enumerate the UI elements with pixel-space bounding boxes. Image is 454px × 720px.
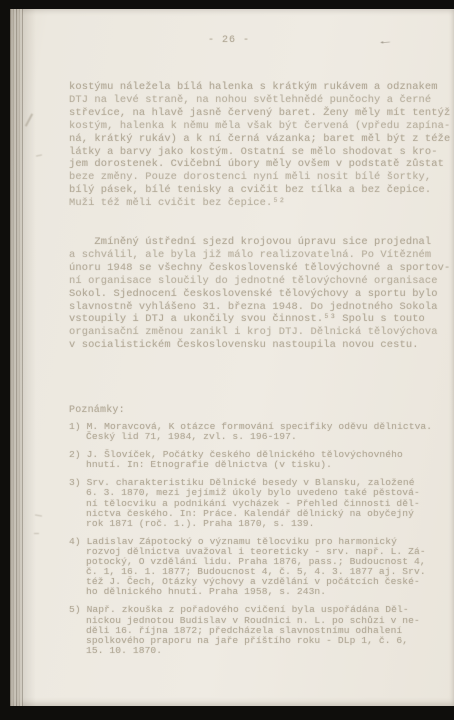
text-line: DTJ na levé straně, na nohou světlehnědé… — [69, 94, 454, 107]
text-line: bílý pásek, bílé tenisky a cvičit bez tí… — [69, 184, 454, 197]
text-line: organisační změnou zanikl i kroj DTJ. Dě… — [69, 326, 454, 339]
footnotes-list: 1) M. Moravcová, K otázce formování spec… — [69, 422, 454, 664]
text-line: látky a barvy jako kostým. Ostatní se mě… — [69, 146, 454, 159]
text-line: 15. 10. 1870. — [69, 646, 454, 656]
text-line: hnutí. In: Etnografie dělnictva (v tisku… — [69, 460, 454, 470]
scan-artifact — [34, 533, 39, 534]
footnote: 3) Srv. charakteristiku Dělnické besedy … — [69, 478, 454, 528]
text-line: Zmíněný ústřední sjezd krojovou úpravu s… — [69, 236, 454, 249]
scan-artifact — [35, 514, 42, 516]
text-line: a schválil, ale byla již málo realizovat… — [69, 249, 454, 262]
text-line: kostým, halenka k němu měla však být čer… — [69, 120, 454, 133]
text-line: kostýmu náležela bílá halenka s krátkým … — [69, 81, 454, 94]
text-line: střevíce, na hlavě jasně červený baret. … — [69, 107, 454, 120]
book-page: - 26 - ← kostýmu náležela bílá halenka s… — [10, 9, 454, 706]
scan-artifact — [36, 154, 42, 156]
paragraph-2: Zmíněný ústřední sjezd krojovou úpravu s… — [69, 236, 454, 352]
footnote: 5) Např. zkouška z pořadového cvičení by… — [69, 605, 454, 655]
text-line: v socialistickém Československu nastoupi… — [69, 339, 454, 352]
text-line: Sokol. Sjednocení československé tělovýc… — [69, 288, 454, 301]
footnote: 1) M. Moravcová, K otázce formování spec… — [69, 422, 454, 442]
text-line: ní organisace sloučily do jednotné tělov… — [69, 275, 454, 288]
text-line: vstoupily i DTJ a ukončily svou činnost.… — [69, 313, 454, 326]
text-line: jem dorostenek. Cvičební úbory měly ovše… — [69, 158, 454, 171]
footnotes-heading: Poznámky: — [69, 405, 125, 416]
paragraph-1: kostýmu náležela bílá halenka s krátkým … — [69, 81, 454, 210]
pencil-mark-icon: ← — [380, 36, 390, 48]
text-line: ho dělnického hnutí. Praha 1958, s. 243n… — [69, 587, 454, 597]
footnote: 2) J. Šlovíček, Počátky českého dělnické… — [69, 450, 454, 470]
footnote: 4) Ladislav Zápotocký o významu tělocvik… — [69, 537, 454, 598]
text-line: rok 1871 (roč. 1.). Praha 1870, s. 139. — [69, 519, 454, 529]
text-line: Muži též měli cvičit bez čepice.⁵² — [69, 197, 454, 210]
text-line: 5) Např. zkouška z pořadového cvičení by… — [69, 605, 454, 615]
text-line: ná, krátký rukáv) a k ní černá vázanka; … — [69, 133, 454, 146]
text-line: únoru 1948 se všechny československé těl… — [69, 262, 454, 275]
text-line: Český lid 71, 1984, zvl. s. 196-197. — [69, 432, 454, 442]
text-line: beze změny. Pouze dorostenci nyní měli n… — [69, 171, 454, 184]
text-line: slavnostně vyhlášeno 31. března 1948. Do… — [69, 301, 454, 314]
